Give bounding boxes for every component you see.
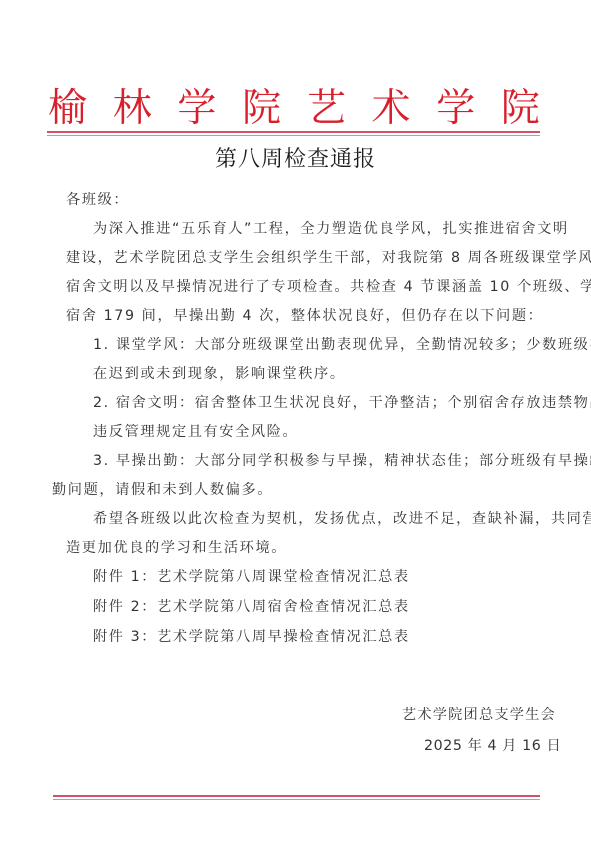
masthead-char: 榆 xyxy=(48,86,87,132)
masthead-char: 学 xyxy=(177,86,216,132)
footer-divider-thin xyxy=(53,799,540,800)
header-divider-thin xyxy=(47,135,540,136)
salutation: 各班级： xyxy=(66,190,129,210)
issue-item-dormitory: 2. 宿舍文明：宿舍整体卫生状况良好，干净整洁；个别宿舍存放违禁物品， xyxy=(93,393,538,413)
issue-date: 2025 年 4 月 16 日 xyxy=(424,736,561,756)
intro-line: 宿舍文明以及早操情况进行了专项检查。共检查 4 节课涵盖 10 个班级、学生 xyxy=(66,277,538,297)
closing-line: 希望各班级以此次检查为契机，发扬优点，改进不足，查缺补漏，共同营 xyxy=(93,509,538,529)
document-title: 第八周检查通报 xyxy=(0,145,591,175)
intro-line: 宿舍 179 间，早操出勤 4 次，整体状况良好，但仍存在以下问题： xyxy=(66,306,543,326)
issue-item-dormitory-cont: 违反管理规定且有安全风险。 xyxy=(93,422,298,442)
masthead-char: 院 xyxy=(501,86,540,132)
signature: 艺术学院团总支学生会 xyxy=(402,705,556,725)
footer-divider-thick xyxy=(53,795,540,797)
masthead-char: 林 xyxy=(113,86,152,132)
masthead-char: 术 xyxy=(372,86,411,132)
closing-line: 造更加优良的学习和生活环境。 xyxy=(66,538,287,558)
intro-line: 建设，艺术学院团总支学生会组织学生干部，对我院第 8 周各班级课堂学风、 xyxy=(66,248,538,268)
institution-masthead: 榆 林 学 院 艺 术 学 院 xyxy=(48,86,540,132)
attachment-2: 附件 2：艺术学院第八周宿舍检查情况汇总表 xyxy=(93,597,410,617)
issue-item-morning-exercise-cont: 勤问题，请假和未到人数偏多。 xyxy=(52,480,273,500)
issue-item-classroom: 1. 课堂学风：大部分班级课堂出勤表现优异，全勤情况较多；少数班级存 xyxy=(93,335,538,355)
masthead-char: 学 xyxy=(436,86,475,132)
issue-item-classroom-cont: 在迟到或未到现象，影响课堂秩序。 xyxy=(93,364,346,384)
attachment-1: 附件 1：艺术学院第八周课堂检查情况汇总表 xyxy=(93,567,410,587)
issue-item-morning-exercise: 3. 早操出勤：大部分同学积极参与早操，精神状态佳；部分班级有早操缺 xyxy=(93,451,538,471)
attachment-3: 附件 3：艺术学院第八周早操检查情况汇总表 xyxy=(93,627,410,647)
masthead-char: 艺 xyxy=(307,86,346,132)
intro-line: 为深入推进“五乐育人”工程，全力塑造优良学风，扎实推进宿舍文明 xyxy=(93,219,538,239)
masthead-char: 院 xyxy=(242,86,281,132)
header-divider-thick xyxy=(47,131,540,133)
